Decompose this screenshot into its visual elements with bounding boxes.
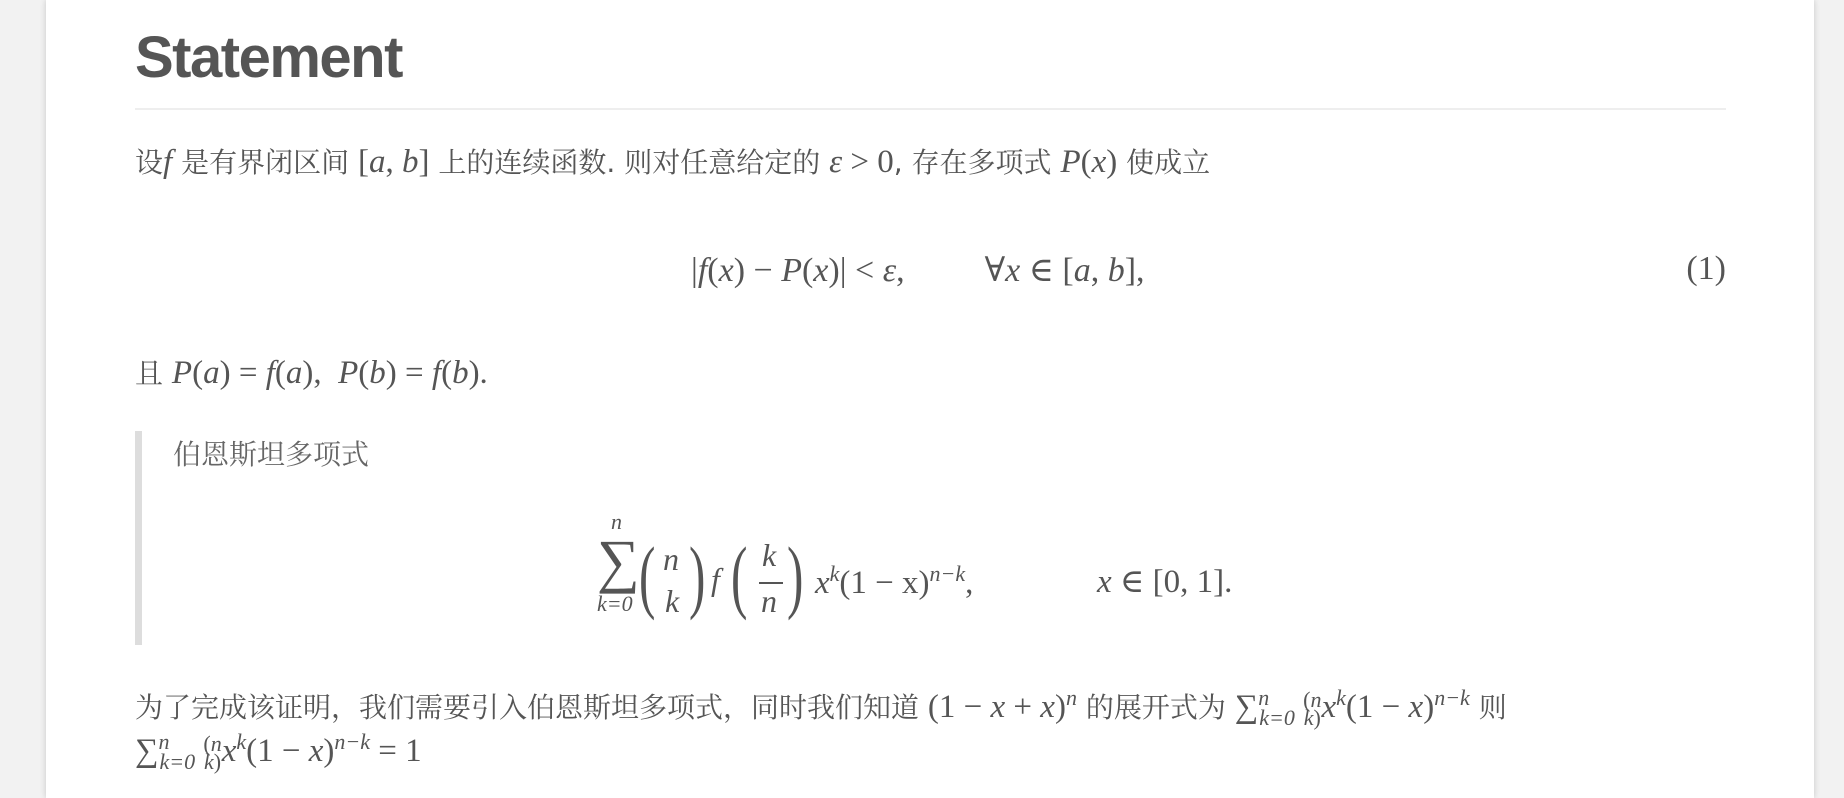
math-boundary: P(a) = f(a), P(b) = f(b).	[172, 355, 488, 391]
blockquote-title: 伯恩斯坦多项式	[173, 431, 369, 479]
text: 是有界闭区间	[172, 146, 358, 179]
sigma-icon: ∑	[597, 531, 640, 591]
section-heading: Statement	[135, 24, 402, 92]
text: 使成立	[1117, 146, 1210, 179]
math-sum: ∑nk=0 (nk)xk(1 − x)n−k	[1235, 689, 1470, 725]
proof-intro-line2: ∑nk=0 (nk)xk(1 − x)n−k = 1	[135, 722, 422, 782]
paren: )	[689, 535, 705, 617]
sum-lower: k=0	[597, 591, 633, 617]
boundary-condition-paragraph: 且 P(a) = f(a), P(b) = f(b).	[135, 353, 488, 394]
paren: (	[639, 535, 655, 617]
math-Px: P(x)	[1060, 144, 1117, 180]
binom-bottom: k	[665, 583, 679, 620]
math-f: f	[163, 144, 172, 180]
frac-num: k	[762, 537, 776, 574]
text: 上的连续函数. 则对任意给定的	[430, 146, 830, 179]
math-f: f	[711, 561, 720, 598]
equation-1: |f(x) − P(x)| < ε,∀x ∈ [a, b],	[691, 250, 1145, 290]
text: 且	[135, 357, 172, 390]
text: 则	[1470, 691, 1507, 724]
document-page: Statement 设f 是有界闭区间 [a, b] 上的连续函数. 则对任意给…	[46, 0, 1814, 798]
math-interval: [a, b]	[358, 144, 430, 180]
text: 的展开式为	[1077, 691, 1235, 724]
paren: )	[787, 535, 803, 617]
math-expansion: (1 − x + x)n	[928, 689, 1077, 725]
math-sum-equals-one: ∑nk=0 (nk)xk(1 − x)n−k = 1	[135, 733, 422, 769]
text: 为了完成该证明，我们需要引入伯恩斯坦多项式，同时我们知道	[135, 691, 928, 724]
text: , 存在多项式	[894, 146, 1061, 179]
bernstein-tail: xk(1 − x)n−k,	[815, 561, 973, 602]
binom-top: n	[663, 541, 679, 578]
math-epsilon: ε > 0	[829, 144, 894, 180]
heading-divider	[135, 108, 1726, 110]
bernstein-domain: x ∈ [0, 1].	[1097, 561, 1232, 601]
equation-number: (1)	[1686, 250, 1726, 288]
statement-paragraph: 设f 是有界闭区间 [a, b] 上的连续函数. 则对任意给定的 ε > 0, …	[135, 142, 1210, 183]
paren: (	[731, 535, 747, 617]
text: 设	[135, 146, 163, 179]
blockquote-bernstein: 伯恩斯坦多项式 n ∑ k=0 ( n k ) f ( k n ) xk(1 −…	[135, 431, 1726, 645]
frac-den: n	[761, 583, 777, 620]
